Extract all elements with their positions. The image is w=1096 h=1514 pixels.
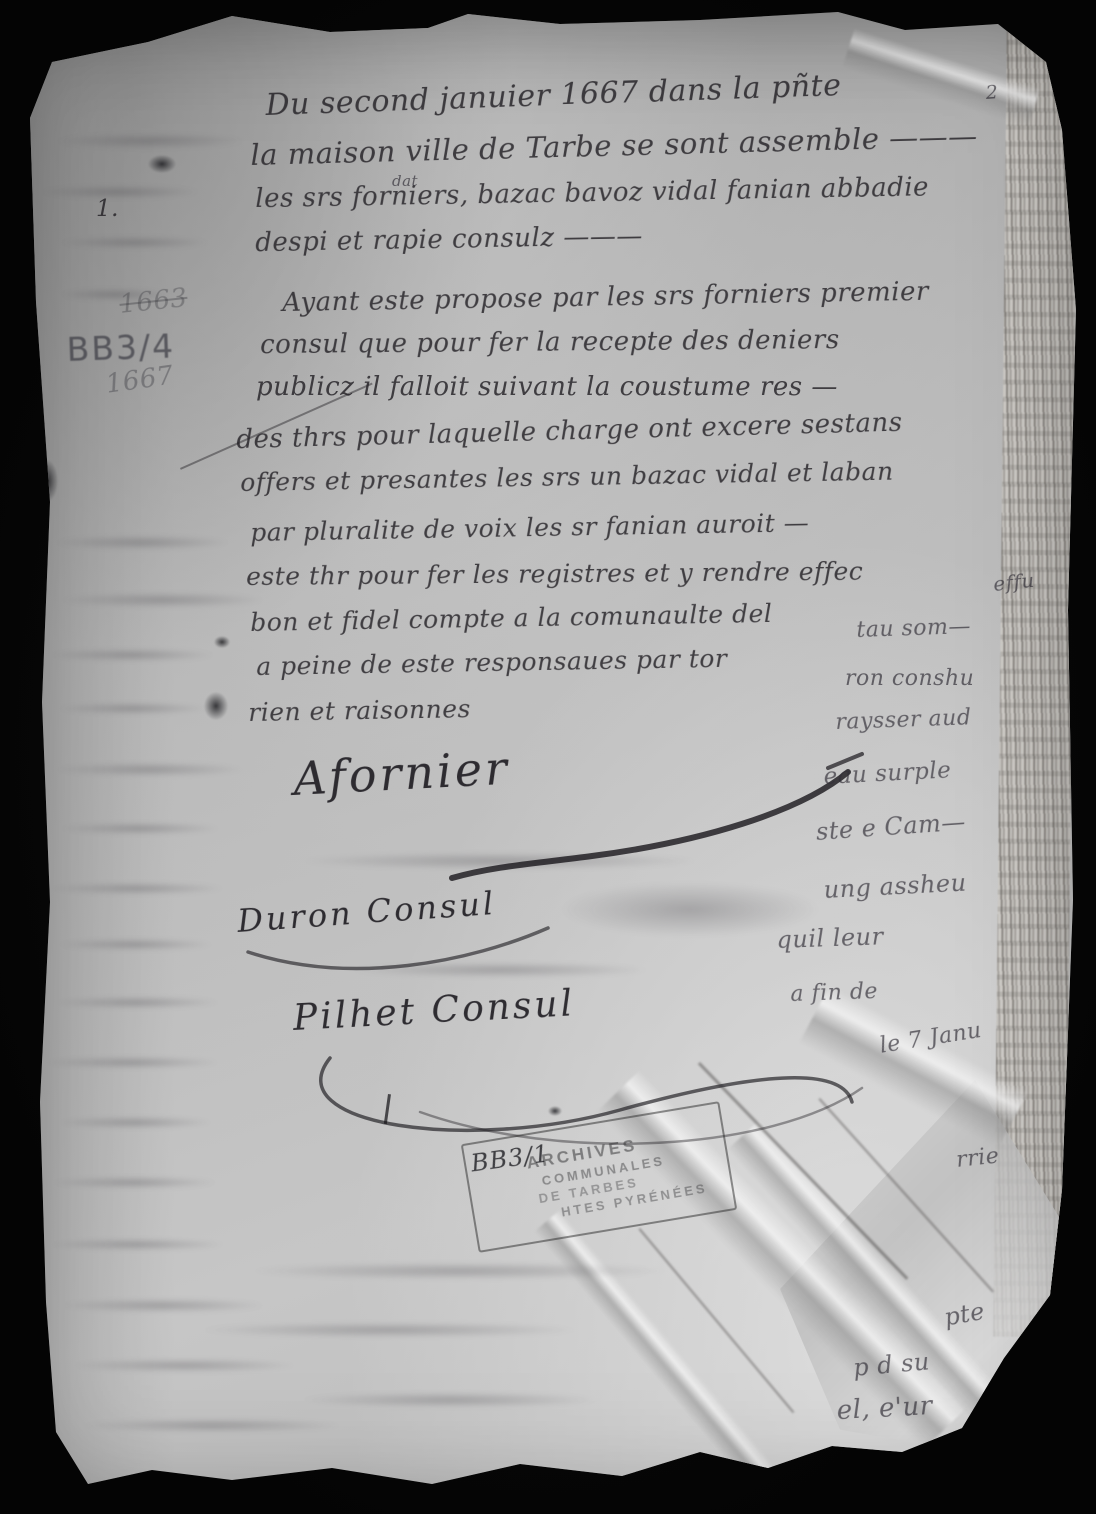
text-fragment: effu (992, 568, 1036, 596)
handwriting-line: Ayant este propose par les srs forniers … (282, 277, 929, 318)
ink-bleedthrough (250, 1262, 670, 1280)
margin-pencil-reference: BB3/4 (66, 326, 176, 369)
text-fragment: p d su (852, 1347, 931, 1382)
text-fragment: quil leur (776, 922, 884, 954)
ink-bleedthrough (60, 1298, 265, 1313)
paper-crease (842, 28, 1040, 128)
paper-crease (597, 1070, 967, 1450)
text-fragment: ste e Cam— (815, 808, 967, 846)
paper-crease (534, 1210, 779, 1492)
paper-crease (799, 985, 1029, 1149)
signature-duron-consul: Duron Consul (236, 884, 497, 940)
handwriting-line: rien et raisonnes (248, 694, 471, 727)
signature-flourishes (0, 0, 1096, 1514)
ink-bleedthrough (40, 185, 200, 199)
ink-bleedthrough (45, 1056, 220, 1069)
text-fragment: raysser aud (835, 705, 972, 735)
margin-year-crossed: 1663 (118, 283, 189, 320)
ink-bleedthrough (55, 996, 220, 1009)
handwriting-line: bon et fidel compte a la comunaulte del (250, 599, 773, 637)
ink-bleedthrough (50, 1238, 225, 1251)
ink-bleedthrough (60, 592, 265, 608)
signature-stroke-mark (384, 1094, 391, 1124)
ink-bleedthrough (52, 1176, 217, 1189)
superscript-note: dat (392, 172, 418, 190)
ink-bleedthrough (58, 702, 208, 715)
handwriting-line: les srs forniers, bazac bavoz vidal fani… (255, 172, 929, 214)
handwriting-line: par pluralite de voix les sr fanian auro… (250, 508, 809, 547)
handwriting-line: consul que pour fer la recepte des denie… (260, 325, 840, 360)
paper-fold-flap (780, 1080, 1080, 1460)
ink-bleedthrough (60, 236, 210, 249)
ink-blot (148, 155, 176, 173)
stamp-line: ARCHIVES (525, 1135, 639, 1173)
ink-bleedthrough (50, 648, 215, 662)
signature-pilhet-consul: Pilhet Consul (292, 983, 576, 1039)
ink-bleedthrough (200, 1322, 580, 1338)
stamp-line: COMMUNALES (541, 1153, 666, 1188)
crease-shadow-line (698, 1062, 909, 1280)
ink-blot (0, 1246, 16, 1282)
margin-year: 1667 (104, 361, 176, 400)
ink-bleedthrough (300, 852, 700, 870)
ink-bleedthrough (60, 822, 220, 835)
book-page-stack-edge (993, 22, 1079, 1338)
signature-afornier: Afornier (292, 741, 511, 806)
text-fragment: el, e'ur (836, 1391, 933, 1426)
text-fragment: ron conshu (845, 666, 974, 691)
ink-bleedthrough (58, 938, 213, 951)
ink-bleedthrough (72, 1358, 297, 1373)
manuscript-page: 1. 2 1663 BB3/4 1667 Du second januier 1… (0, 0, 1096, 1514)
ink-bleedthrough (560, 882, 820, 937)
catchword: 2 (985, 81, 999, 104)
manuscript-photograph: 1. 2 1663 BB3/4 1667 Du second januier 1… (0, 0, 1096, 1514)
text-fragment: a fin de (790, 979, 878, 1007)
pen-scratch-line (180, 383, 373, 470)
archive-stamp: BB3/1 ARCHIVES COMMUNALES DE TARBES HTES… (461, 1101, 738, 1253)
stamp-line: HTES PYRÉNÉES (560, 1180, 709, 1219)
ink-bleedthrough (82, 1418, 342, 1433)
text-fragment: tau som— (856, 614, 971, 643)
ink-blot (204, 692, 228, 720)
handwriting-line: despi et rapie consulz ——— (255, 221, 643, 258)
crease-shadow-line (638, 1228, 794, 1413)
text-fragment: ung assheu (823, 869, 967, 904)
ink-blot (214, 636, 230, 648)
text-fragment: rrie (955, 1143, 1000, 1172)
handwriting-line: a peine de este responsaues par tor (256, 644, 728, 681)
stamp-line: DE TARBES (537, 1174, 639, 1205)
ink-bleedthrough (55, 133, 245, 149)
ink-blot (36, 460, 58, 502)
handwriting-line: des thrs pour laquelle charge ont excere… (236, 408, 903, 455)
handwriting-line: la maison ville de Tarbe se sont assembl… (250, 119, 978, 172)
ink-bleedthrough (300, 1392, 600, 1408)
ink-bleedthrough (350, 962, 650, 978)
ink-bleedthrough (58, 1116, 213, 1129)
paper-crease (727, 1120, 1014, 1432)
crease-shadow-line (819, 1098, 994, 1293)
handwriting-line: Du second januier 1667 dans la pñte (265, 68, 842, 123)
ink-bleedthrough (55, 762, 245, 777)
handwriting-line: este thr pour fer les registres et y ren… (246, 557, 863, 591)
text-fragment: pte (942, 1297, 987, 1332)
handwriting-line: publicz il falloit suivant la coustume r… (256, 372, 838, 402)
stamp-handwritten-reference: BB3/1 (469, 1139, 551, 1177)
page-number: 1. (96, 196, 119, 222)
text-fragment: le 7 Janu (878, 1018, 983, 1059)
ink-bleedthrough (50, 882, 225, 895)
ink-bleedthrough (60, 288, 170, 301)
ink-blot (548, 1106, 562, 1116)
text-fragment: eau surple (823, 757, 952, 790)
ink-bleedthrough (55, 535, 230, 550)
handwriting-line: offers et presantes les srs un bazac vid… (240, 457, 894, 497)
